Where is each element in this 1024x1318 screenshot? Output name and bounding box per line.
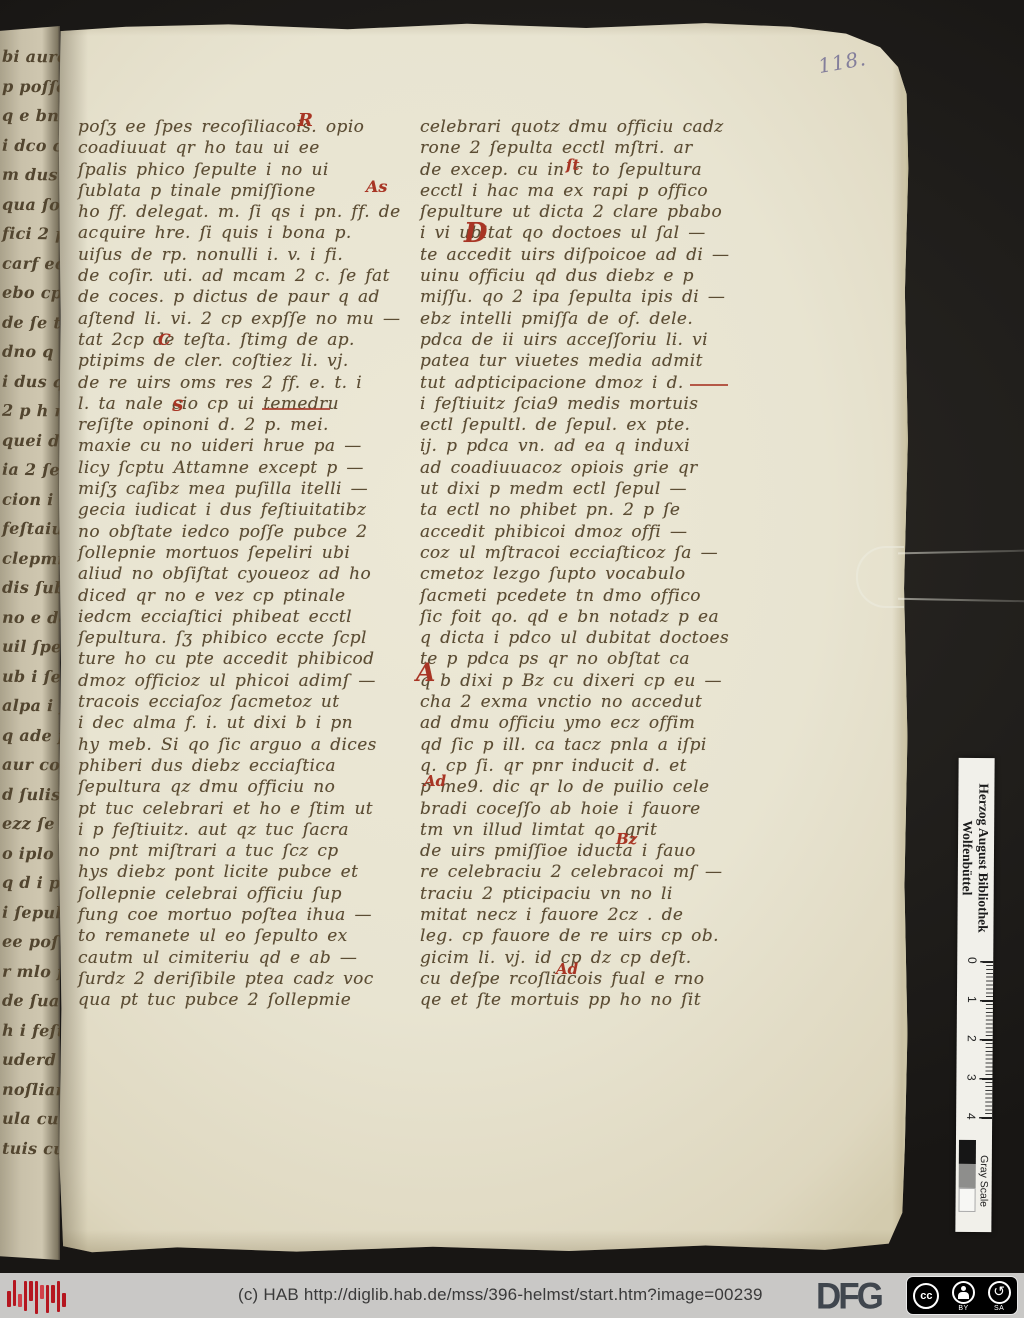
text-column-right: celebrari quotz dmu officiu cadzrone 2 ſ… <box>420 117 776 1011</box>
cc-icon: cc <box>913 1283 939 1309</box>
manuscript-line: tat 2cp de teſta. ſtimg de ap. <box>78 330 414 351</box>
gray-scale-gray-patch <box>959 1164 976 1188</box>
manuscript-line: celebrari quotz dmu officiu cadz <box>420 117 776 138</box>
facing-text-fragment: dis ſub l <box>0 573 60 603</box>
manuscript-line: i dec alma f. i. ut dixi b i pn <box>78 713 414 734</box>
manuscript-line: miſʒ caſibz mea puſilla itelli — <box>78 479 414 500</box>
manuscript-line: tm vn illud limtat qo qrit <box>420 820 776 841</box>
manuscript-line: reſiſte opinoni d. 2 p. mei. <box>78 415 414 436</box>
facing-text-fragment: r mlo ſe <box>0 956 60 986</box>
manuscript-line: rone 2 ſepulta ecctl mſtri. ar <box>420 138 776 159</box>
manuscript-line: maxie cu no uideri hrue pa — <box>78 436 414 457</box>
manuscript-line: ebz intelli pmiſſa de of. dele. <box>420 309 776 330</box>
facing-text-fragment: ebo cp ſic <box>0 278 60 308</box>
manuscript-line: iedcm ecciaſtici phibeat ecctl <box>78 607 414 628</box>
facing-text-fragment: d ſulis c <box>0 779 60 809</box>
facing-text-fragment: noſlian <box>0 1074 60 1104</box>
manuscript-line: aſtend li. vi. 2 cp expſſe no mu — <box>78 309 414 330</box>
manuscript-line: ectl ſepultl. de ſepul. ex pte. <box>420 415 776 436</box>
facing-text-fragment: de ſua l <box>0 986 60 1016</box>
manuscript-line: qd ſic p ill. ca tacz pnla a iſpi <box>420 735 776 756</box>
ruler-icon: 01234 <box>956 958 993 1134</box>
facing-text-fragment: i ſepul 2 <box>0 897 60 927</box>
manuscript-line: licy ſcptu Attamne except p — <box>78 458 414 479</box>
rubric-initial: Bz <box>616 830 637 848</box>
rubric-initial: As <box>366 177 387 196</box>
manuscript-line: l. ta nale cio cp ui temedru <box>78 394 414 415</box>
manuscript-line: traciu 2 pticipaciu vn no li <box>420 884 776 905</box>
rubric-initial: A <box>416 658 435 687</box>
facing-text-fragment: aur coſli <box>0 750 60 780</box>
manuscript-line: no obſtate iedco poſſe pubce 2 <box>78 522 414 543</box>
manuscript-line: ſollepnie mortuos ſepeliri ubi <box>78 543 414 564</box>
dfg-logo: DFG <box>816 1276 881 1318</box>
manuscript-line: i p feſtiuitz. aut qz tuc ſacra <box>78 820 414 841</box>
ruler-numbers: 01234 <box>964 958 979 1153</box>
facing-text-fragment: ia 2 ſe de <box>0 455 60 485</box>
manuscript-line: ſic foit qo. qd e bn notadz p ea <box>420 607 776 628</box>
cc-license-badge: cc BY ↺ SA <box>906 1276 1018 1315</box>
rubric-initial: D <box>464 218 487 249</box>
manuscript-line: fung coe mortuo poſtea ihua — <box>78 905 414 926</box>
facing-text-fragment: tuis cu de <box>0 1133 60 1163</box>
ruler-number: 1 <box>965 996 979 1035</box>
manuscript-line: p me9. dic qr lo de puilio cele <box>420 777 776 798</box>
manuscript-line: ſurdz 2 deriſibile ptea cadz voc <box>78 969 414 990</box>
cc-sa-label: SA <box>994 1305 1004 1312</box>
facing-text-fragment: p poſſe h <box>0 71 60 101</box>
manuscript-line: to remanete ul eo ſepulto ex <box>78 926 414 947</box>
page-holder-strap <box>898 550 1024 555</box>
facing-text-fragment: cion i dub <box>0 484 60 514</box>
manuscript-line: q dicta i pdco ul dubitat doctoes <box>420 628 776 649</box>
manuscript-line: ſublata p tinale pmiſſione <box>78 181 414 202</box>
facing-text-fragment: ee poſ m <box>0 927 60 957</box>
manuscript-line: ut dixi p medm ectl ſepul — <box>420 479 776 500</box>
facing-text-fragment: ula cu u <box>0 1104 60 1134</box>
ruler-unit-ticks <box>979 961 993 1119</box>
manuscript-line: pdca de ii uirs acceſſoriu li. vi <box>420 330 776 351</box>
footer-bar: (c) HAB http://diglib.hab.de/mss/396-hel… <box>0 1273 1024 1318</box>
manuscript-line: ta ectl no phibet pn. 2 p ſe <box>420 500 776 521</box>
manuscript-line: hys diebz pont licite pubce et <box>78 862 414 883</box>
manuscript-line: gicim li. vj. id cp dz cp deſt. <box>420 948 776 969</box>
cc-by-label: BY <box>958 1305 968 1312</box>
ruler-number: 4 <box>964 1113 978 1152</box>
manuscript-line: ſepultura. ſʒ phibico eccte ſcpl <box>78 628 414 649</box>
manuscript-line: cautm ul cimiteriu qd e ab — <box>78 948 414 969</box>
manuscript-line: miſſu. qo 2 ipa ſepulta ipis di — <box>420 287 776 308</box>
manuscript-line: phiberi dus diebz ecciaſtica <box>78 756 414 777</box>
facing-text-fragment: fici 2 pmu <box>0 219 60 249</box>
manuscript-line: ho ff. delegat. m. ſi qs i pn. ff. de <box>78 202 414 223</box>
manuscript-line: ſollepnie celebrai officiu ſup <box>78 884 414 905</box>
manuscript-line: coadiuuat qr ho tau ui ee <box>78 138 414 159</box>
facing-text-fragment: dno q e d <box>0 337 60 367</box>
page-top-shadow <box>58 20 910 36</box>
manuscript-line: tracois ecciaſoz ſacmetoz ut <box>78 692 414 713</box>
facing-text-fragment: uderd d <box>0 1045 60 1075</box>
manuscript-line: de uirs pmiſſioe iducta i fauo <box>420 841 776 862</box>
manuscript-line: dmoz officioz ul phicoi adimſ — <box>78 671 414 692</box>
facing-text-fragment: i dco c a <box>0 130 60 160</box>
manuscript-line: hy meb. Si qo ſic arguo a dices <box>78 735 414 756</box>
gray-scale-label: Gray Scale <box>977 1134 990 1228</box>
manuscript-line: de excep. cu in c to ſepultura <box>420 160 776 181</box>
manuscript-line: q. cp ſi. qr pnr inducit d. et <box>420 756 776 777</box>
manuscript-line: bradi coceſſo ab hoie i fauore <box>420 799 776 820</box>
manuscript-line: patea tur viuetes media admit <box>420 351 776 372</box>
library-name: Herzog August Bibliothek Wolfenbüttel <box>957 758 994 958</box>
manuscript-line: cha 2 exma vnctio no accedut <box>420 692 776 713</box>
manuscript-line: poſʒ ee ſpes recoſiliacois. opio <box>78 117 414 138</box>
rubric-underline <box>262 408 330 410</box>
facing-text-fragment: ezz ſe de <box>0 809 60 839</box>
hab-color-bars-icon <box>7 1273 66 1318</box>
manuscript-line: de coſir. uti. ad mcam 2 c. ſe fat <box>78 266 414 287</box>
facing-page-text: bi aurep poſſe hq e bndi dco c am dus qq… <box>0 26 60 1163</box>
facing-text-fragment: h i feſta <box>0 1015 60 1045</box>
manuscript-line: de coces. p dictus de paur q ad <box>78 287 414 308</box>
photo-scene: bi aurep poſſe hq e bndi dco c am dus qq… <box>0 0 1024 1318</box>
rubric-initial: C <box>158 330 171 349</box>
library-label-strip: Herzog August Bibliothek Wolfenbüttel 01… <box>955 758 994 1232</box>
manuscript-line: ij. p pdca vn. ad ea q induxi <box>420 436 776 457</box>
rubric-initial: Ad <box>424 772 446 790</box>
library-name-line1: Herzog August Bibliothek <box>974 758 991 958</box>
manuscript-line: i feſtiuitz ſcia9 medis mortuis <box>420 394 776 415</box>
manuscript-line: qe et ſte mortuis pp ho no ſit <box>420 990 776 1011</box>
facing-page-edge: bi aurep poſſe hq e bndi dco c am dus qq… <box>0 26 60 1260</box>
manuscript-line: te p pdca ps qr no obſtat ca <box>420 649 776 670</box>
page-edge <box>892 20 910 1256</box>
page-bottom-shadow <box>58 1230 910 1256</box>
rubric-initial: ſt <box>566 156 579 174</box>
cc-sa-icon: ↺ <box>988 1281 1011 1304</box>
rubric-initial: S <box>172 396 184 415</box>
facing-text-fragment: de ſe teps <box>0 307 60 337</box>
facing-text-fragment: quei de m <box>0 425 60 455</box>
facing-text-fragment: qua ſolt <box>0 189 60 219</box>
manuscript-line: cu deſpe rcoſliacois fual e rno <box>420 969 776 990</box>
page-holder-strap <box>898 598 1024 602</box>
manuscript-line: cmetoz lezgo ſupto vocabulo <box>420 564 776 585</box>
manuscript-line: no pnt miſtrari a tuc ſcz cp <box>78 841 414 862</box>
manuscript-line: pt tuc celebrari et ho e ſtim ut <box>78 799 414 820</box>
manuscript-line: acquire hre. ſi quis i bona p. <box>78 223 414 244</box>
manuscript-line: accedit phibicoi dmoz offi — <box>420 522 776 543</box>
gray-scale-white-patch <box>958 1188 975 1212</box>
manuscript-line: ſepultura qz dmu officiu no <box>78 777 414 798</box>
facing-text-fragment: feſtaiu po <box>0 514 60 544</box>
rubric-initial: Ad <box>556 960 578 978</box>
facing-text-fragment: o iplo m <box>0 838 60 868</box>
manuscript-line: coz ul mſtracoi ecciaſticoz ſa — <box>420 543 776 564</box>
rubric-initial: R <box>298 110 313 131</box>
manuscript-line: q b dixi p Bz cu dixeri cp eu — <box>420 671 776 692</box>
manuscript-line: ad coadiuuacoz opiois grie qr <box>420 458 776 479</box>
facing-text-fragment: q e bnd <box>0 101 60 131</box>
manuscript-line: uinu officiu qd dus diebz e p <box>420 266 776 287</box>
facing-text-fragment: alpa i fu <box>0 691 60 721</box>
manuscript-line: ad dmu officiu ymo ecz offim <box>420 713 776 734</box>
copyright-url: (c) HAB http://diglib.hab.de/mss/396-hel… <box>238 1285 763 1305</box>
manuscript-line: ſpalis phico ſepulte i no ui <box>78 160 414 181</box>
ruler-number: 0 <box>965 957 979 996</box>
manuscript-line: re celebraciu 2 celebracoi mſ — <box>420 862 776 883</box>
facing-text-fragment: ub i ſe q <box>0 661 60 691</box>
manuscript-line: aliud no obſiſtat cyoueoz ad ho <box>78 564 414 585</box>
gray-scale-patches <box>958 1140 976 1228</box>
facing-text-fragment: 2 p h m d <box>0 396 60 426</box>
facing-text-fragment: bi aure <box>0 42 60 72</box>
facing-text-fragment: m dus q <box>0 160 60 190</box>
facing-text-fragment: no e doct <box>0 602 60 632</box>
text-column-left: poſʒ ee ſpes recoſiliacois. opiocoadiuua… <box>78 117 414 1011</box>
manuscript-line: qua pt tuc pubce 2 ſollepmie <box>78 990 414 1011</box>
facing-text-fragment: clepmi m <box>0 543 60 573</box>
facing-text-fragment: carf ecia <box>0 248 60 278</box>
ruler-number: 3 <box>964 1074 978 1113</box>
manuscript-page: 118. poſʒ ee ſpes recoſiliacois. opiocoa… <box>58 20 910 1256</box>
manuscript-line: gecia iudicat i dus feſtiuitatibz <box>78 500 414 521</box>
manuscript-line: mitat necz i fauore 2cz . de <box>420 905 776 926</box>
manuscript-line: de re uirs oms res 2 ff. e. t. i <box>78 373 414 394</box>
manuscript-line: uiſus de rp. nonulli i. v. i fi. <box>78 245 414 266</box>
rubric-underline <box>690 384 728 386</box>
manuscript-line: ptipims de cler. coſtiez li. vj. <box>78 351 414 372</box>
cc-by-icon <box>952 1281 975 1304</box>
ruler-number: 2 <box>964 1035 978 1074</box>
manuscript-line: ture ho cu pte accedit phibicod <box>78 649 414 670</box>
manuscript-line: ecctl i hac ma ex rapi p offico <box>420 181 776 202</box>
library-name-line2: Wolfenbüttel <box>958 758 975 958</box>
manuscript-line: diced qr no e vez cp ptinale <box>78 586 414 607</box>
facing-text-fragment: q d i pa <box>0 868 60 898</box>
manuscript-line: ſacmeti pcedete tn dmo offico <box>420 586 776 607</box>
facing-text-fragment: q ade fe <box>0 720 60 750</box>
facing-text-fragment: uil ſpes <box>0 632 60 662</box>
facing-text-fragment: i dus que <box>0 366 60 396</box>
manuscript-line: leg. cp fauore de re uirs cp ob. <box>420 926 776 947</box>
folio-number: 118. <box>816 46 868 78</box>
